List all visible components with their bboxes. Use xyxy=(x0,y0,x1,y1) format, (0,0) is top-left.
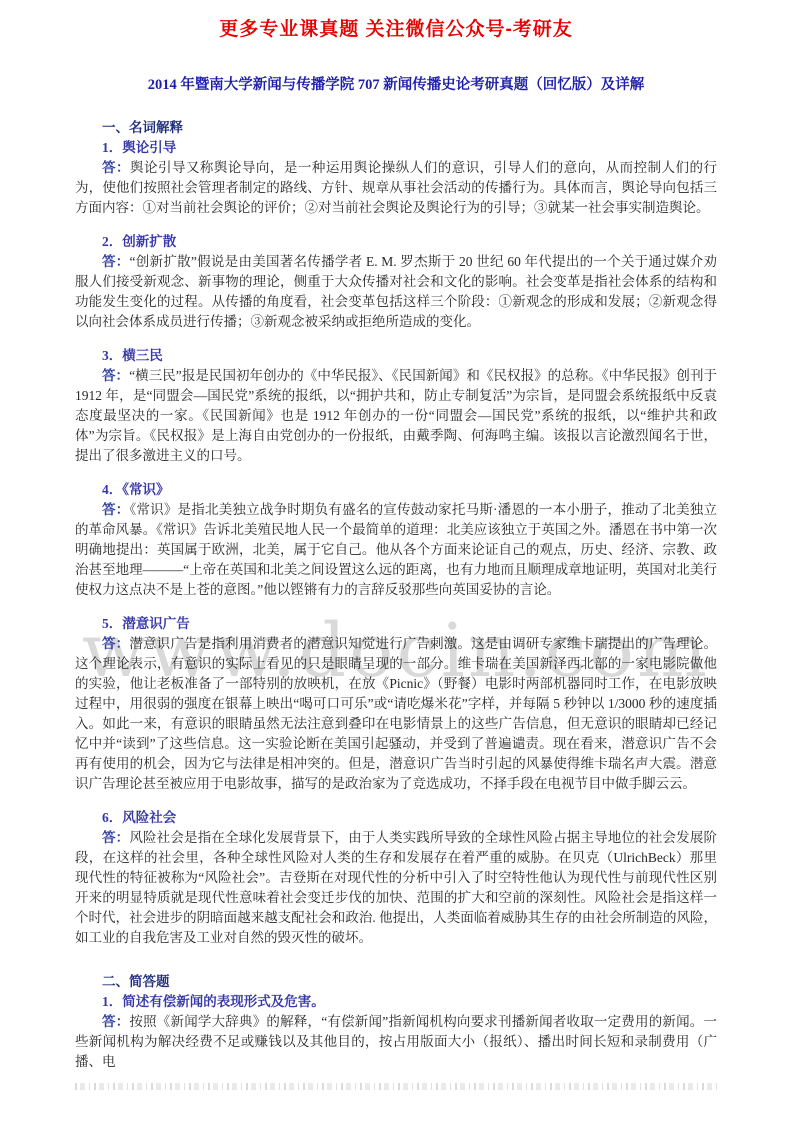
document-page: www.docin.com 更多专业课真题 关注微信公众号-考研友 2014 年… xyxy=(0,0,792,1122)
answer-text: 《常识》是指北美独立战争时期负有盛名的宣传鼓动家托马斯·潘恩的一本小册子，推动了… xyxy=(75,502,717,597)
answer-text: “创新扩散”假说是由美国著名传播学者 E. M. 罗杰斯于 20 世纪 60 年… xyxy=(75,254,717,329)
footer-faint-text xyxy=(75,1083,717,1090)
answer-paragraph: 答：“横三民”报是民国初年创办的《中华民报》、《民国新闻》和《民权报》的总称。《… xyxy=(75,366,717,466)
answer-prefix: 答： xyxy=(102,1014,129,1029)
document-content: 一、名词解释1．舆论引导答：舆论引导又称舆论导向，是一种运用舆论操纵人们的意识，… xyxy=(75,118,717,1072)
answer-prefix: 答： xyxy=(102,368,129,383)
question-heading: 2．创新扩散 xyxy=(75,232,717,252)
question-heading: 3．横三民 xyxy=(75,346,717,366)
answer-prefix: 答： xyxy=(102,830,129,845)
section-heading: 一、名词解释 xyxy=(75,118,717,138)
answer-prefix: 答： xyxy=(102,160,130,175)
question-heading: 6．风险社会 xyxy=(75,808,717,828)
answer-text: 风险社会是指在全球化发展背景下，由于人类实践所导致的全球性风险占据主导地位的社会… xyxy=(75,830,717,945)
question-heading: 4．《常识》 xyxy=(75,480,717,500)
answer-text: 潜意识广告是指利用消费者的潜意识知觉进行广告刺激。这是由调研专家维卡瑞提出的广告… xyxy=(75,636,717,791)
answer-paragraph: 答：按照《新闻学大辞典》的解释，“有偿新闻”指新闻机构向要求刊播新闻者收取一定费… xyxy=(75,1012,717,1072)
answer-text: 舆论引导又称舆论导向，是一种运用舆论操纵人们的意识，引导人们的意向，从而控制人们… xyxy=(75,160,717,215)
question-heading: 1．舆论引导 xyxy=(75,138,717,158)
answer-paragraph: 答：“创新扩散”假说是由美国著名传播学者 E. M. 罗杰斯于 20 世纪 60… xyxy=(75,252,717,332)
answer-prefix: 答： xyxy=(102,254,130,269)
answer-text: 按照《新闻学大辞典》的解释，“有偿新闻”指新闻机构向要求刊播新闻者收取一定费用的… xyxy=(75,1014,717,1069)
section-heading: 二、简答题 xyxy=(75,972,717,992)
answer-text: “横三民”报是民国初年创办的《中华民报》、《民国新闻》和《民权报》的总称。《中华… xyxy=(75,368,717,463)
answer-prefix: 答： xyxy=(102,502,129,517)
answer-paragraph: 答：《常识》是指北美独立战争时期负有盛名的宣传鼓动家托马斯·潘恩的一本小册子，推… xyxy=(75,500,717,600)
answer-paragraph: 答：舆论引导又称舆论导向，是一种运用舆论操纵人们的意识，引导人们的意向，从而控制… xyxy=(75,158,717,218)
question-heading: 1．简述有偿新闻的表现形式及危害。 xyxy=(75,992,717,1012)
promo-header: 更多专业课真题 关注微信公众号-考研友 xyxy=(0,0,792,41)
answer-paragraph: 答：风险社会是指在全球化发展背景下，由于人类实践所导致的全球性风险占据主导地位的… xyxy=(75,828,717,948)
page-title: 2014 年暨南大学新闻与传播学院 707 新闻传播史论考研真题（回忆版）及详解 xyxy=(0,73,792,94)
answer-prefix: 答： xyxy=(102,636,129,651)
question-heading: 5．潜意识广告 xyxy=(75,614,717,634)
answer-paragraph: 答：潜意识广告是指利用消费者的潜意识知觉进行广告刺激。这是由调研专家维卡瑞提出的… xyxy=(75,634,717,794)
